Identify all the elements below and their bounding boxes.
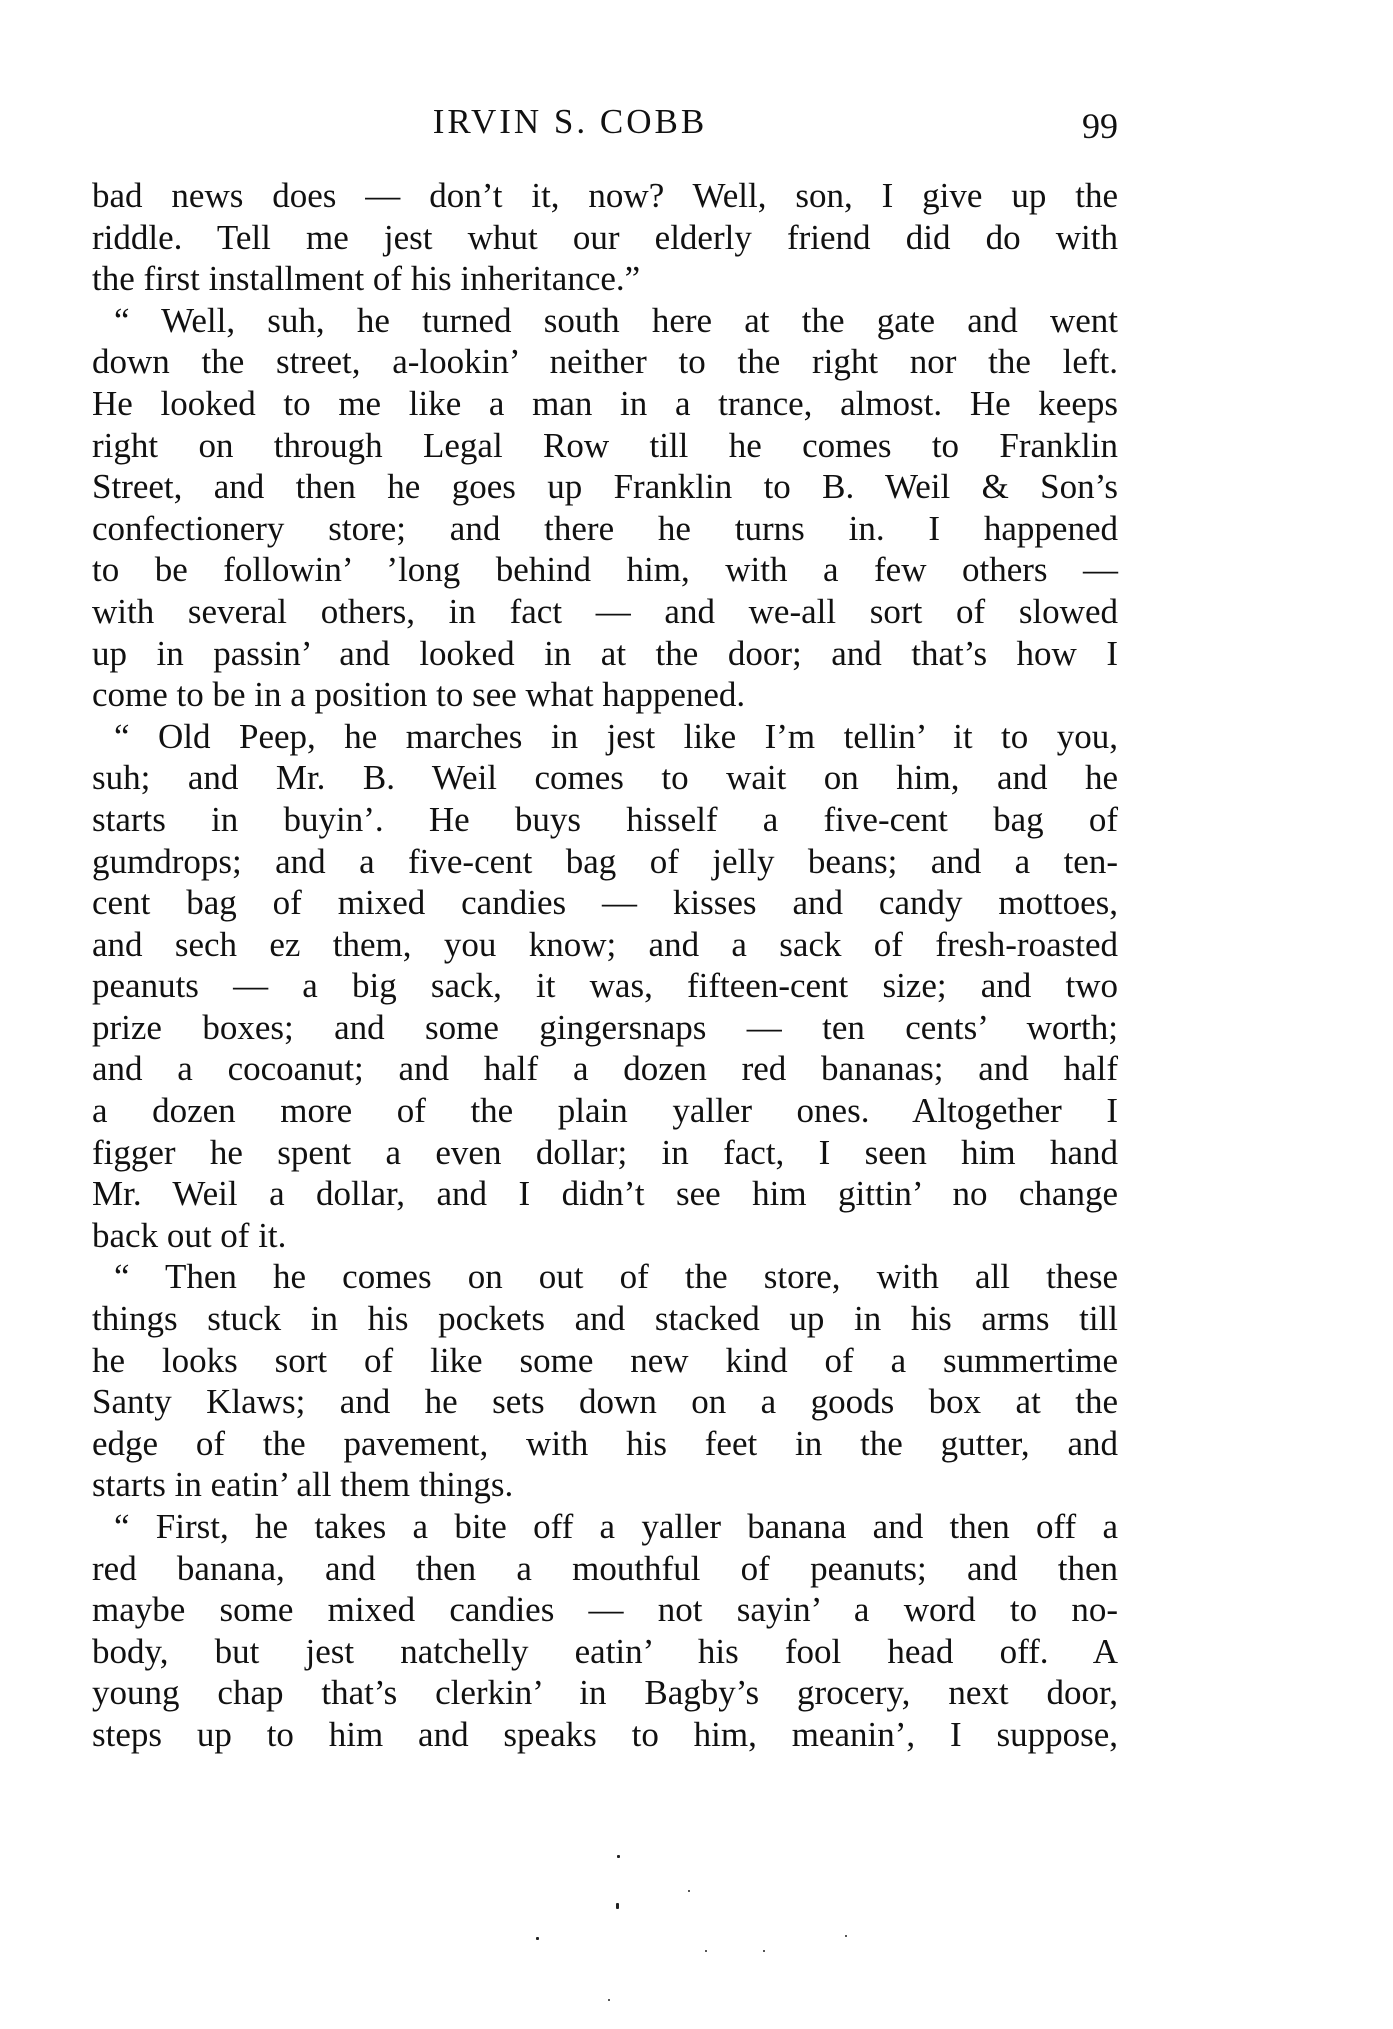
text-line: “ Old Peep, he marches in jest like I’m … xyxy=(92,716,1118,758)
text-line: “ First, he takes a bite off a yaller ba… xyxy=(92,1506,1118,1548)
scan-speck xyxy=(536,1937,539,1940)
text-line: body, but jest natchelly eatin’ his fool… xyxy=(92,1631,1118,1673)
text-line: peanuts — a big sack, it was, fifteen-ce… xyxy=(92,965,1118,1007)
text-line: cent bag of mixed candies — kisses and c… xyxy=(92,882,1118,924)
text-line: starts in buyin’. He buys hisself a five… xyxy=(92,799,1118,841)
scan-speck xyxy=(608,1999,610,2001)
text-line: up in passin’ and looked in at the door;… xyxy=(92,633,1118,675)
scan-speck xyxy=(688,1890,690,1892)
text-line: “ Well, suh, he turned south here at the… xyxy=(92,300,1118,342)
text-line: figger he spent a even dollar; in fact, … xyxy=(92,1132,1118,1174)
text-line: young chap that’s clerkin’ in Bagby’s gr… xyxy=(92,1672,1118,1714)
page-number: 99 xyxy=(1082,104,1118,148)
text-line: right on through Legal Row till he comes… xyxy=(92,425,1118,467)
text-line: the first installment of his inheritance… xyxy=(92,258,1118,300)
running-title: IRVIN S. COBB xyxy=(92,100,1118,144)
text-line: Street, and then he goes up Franklin to … xyxy=(92,466,1118,508)
text-line: confectionery store; and there he turns … xyxy=(92,508,1118,550)
text-line: edge of the pavement, with his feet in t… xyxy=(92,1423,1118,1465)
scan-speck xyxy=(763,1950,765,1952)
scan-speck xyxy=(616,1903,619,1909)
text-line: maybe some mixed candies — not sayin’ a … xyxy=(92,1589,1118,1631)
text-line: and a cocoanut; and half a dozen red ban… xyxy=(92,1048,1118,1090)
book-page: IRVIN S. COBB 99 bad news does — don’t i… xyxy=(0,0,1393,2029)
text-line: steps up to him and speaks to him, meani… xyxy=(92,1714,1118,1756)
text-line: he looks sort of like some new kind of a… xyxy=(92,1340,1118,1382)
text-line: Santy Klaws; and he sets down on a goods… xyxy=(92,1381,1118,1423)
text-line: down the street, a-lookin’ neither to th… xyxy=(92,341,1118,383)
body-text: bad news does — don’t it, now? Well, son… xyxy=(92,175,1118,1756)
text-line: red banana, and then a mouthful of peanu… xyxy=(92,1548,1118,1590)
text-line: “ Then he comes on out of the store, wit… xyxy=(92,1256,1118,1298)
text-line: bad news does — don’t it, now? Well, son… xyxy=(92,175,1118,217)
text-line: to be followin’ ’long behind him, with a… xyxy=(92,549,1118,591)
text-line: back out of it. xyxy=(92,1215,1118,1257)
text-line: starts in eatin’ all them things. xyxy=(92,1464,1118,1506)
text-line: prize boxes; and some gingersnaps — ten … xyxy=(92,1007,1118,1049)
scan-speck xyxy=(845,1935,847,1937)
text-line: riddle. Tell me jest whut our elderly fr… xyxy=(92,217,1118,259)
text-line: a dozen more of the plain yaller ones. A… xyxy=(92,1090,1118,1132)
text-line: suh; and Mr. B. Weil comes to wait on hi… xyxy=(92,757,1118,799)
text-line: and sech ez them, you know; and a sack o… xyxy=(92,924,1118,966)
text-line: He looked to me like a man in a trance, … xyxy=(92,383,1118,425)
text-line: with several others, in fact — and we-al… xyxy=(92,591,1118,633)
text-line: things stuck in his pockets and stacked … xyxy=(92,1298,1118,1340)
text-line: Mr. Weil a dollar, and I didn’t see him … xyxy=(92,1173,1118,1215)
text-line: gumdrops; and a five-cent bag of jelly b… xyxy=(92,841,1118,883)
scan-speck xyxy=(617,1855,620,1858)
text-line: come to be in a position to see what hap… xyxy=(92,674,1118,716)
scan-speck xyxy=(705,1950,707,1952)
running-head: IRVIN S. COBB 99 xyxy=(92,100,1118,144)
